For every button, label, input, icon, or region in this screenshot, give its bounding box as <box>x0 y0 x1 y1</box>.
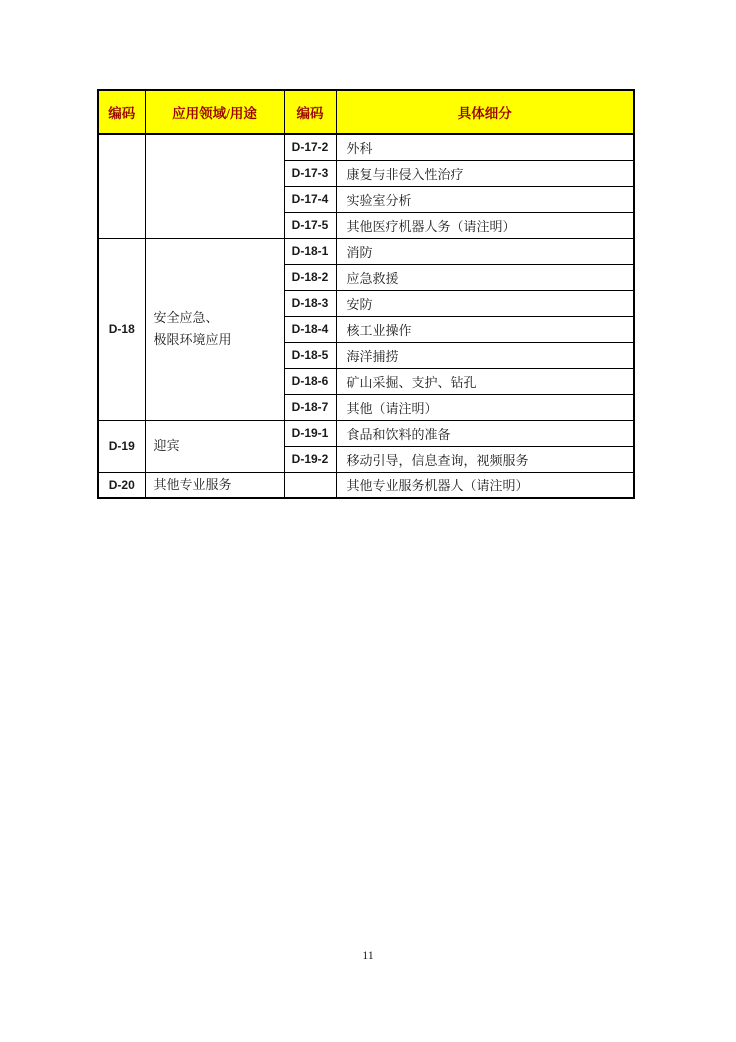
detail-cell: 海洋捕捞 <box>336 342 634 368</box>
header-code-2: 编码 <box>284 90 336 134</box>
detail-cell: 消防 <box>336 238 634 264</box>
page-number: 11 <box>0 948 736 963</box>
document-page: 编码 应用领域/用途 编码 具体细分 D-17-2外科D-17-3康复与非侵入性… <box>0 0 736 1042</box>
table-row: D-17-2外科 <box>98 134 634 160</box>
group-code-cell: D-18 <box>98 238 145 420</box>
sub-code-cell: D-18-6 <box>284 368 336 394</box>
header-code-1: 编码 <box>98 90 145 134</box>
detail-cell: 矿山采掘、支护、钻孔 <box>336 368 634 394</box>
detail-cell: 实验室分析 <box>336 186 634 212</box>
sub-code-cell: D-18-3 <box>284 290 336 316</box>
sub-code-cell: D-19-2 <box>284 446 336 472</box>
table-row: D-20其他专业服务其他专业服务机器人（请注明） <box>98 472 634 498</box>
detail-cell: 其他专业服务机器人（请注明） <box>336 472 634 498</box>
table-body: D-17-2外科D-17-3康复与非侵入性治疗D-17-4实验室分析D-17-5… <box>98 134 634 498</box>
group-label-cell: 其他专业服务 <box>145 472 284 498</box>
sub-code-cell: D-18-7 <box>284 394 336 420</box>
detail-cell: 康复与非侵入性治疗 <box>336 160 634 186</box>
sub-code-cell: D-17-3 <box>284 160 336 186</box>
detail-cell: 移动引导，信息查询，视频服务 <box>336 446 634 472</box>
sub-code-cell: D-17-2 <box>284 134 336 160</box>
table-row: D-18安全应急、极限环境应用D-18-1消防 <box>98 238 634 264</box>
sub-code-cell: D-18-1 <box>284 238 336 264</box>
table-row: D-19迎宾D-19-1食品和饮料的准备 <box>98 420 634 446</box>
detail-cell: 核工业操作 <box>336 316 634 342</box>
detail-cell: 其他（请注明） <box>336 394 634 420</box>
sub-code-cell: D-17-5 <box>284 212 336 238</box>
table-header-row: 编码 应用领域/用途 编码 具体细分 <box>98 90 634 134</box>
detail-cell: 应急救援 <box>336 264 634 290</box>
group-code-cell: D-19 <box>98 420 145 472</box>
detail-cell: 其他医疗机器人务（请注明） <box>336 212 634 238</box>
sub-code-cell: D-19-1 <box>284 420 336 446</box>
group-label-cell: 迎宾 <box>145 420 284 472</box>
group-code-cell <box>98 134 145 238</box>
sub-code-cell <box>284 472 336 498</box>
detail-cell: 食品和饮料的准备 <box>336 420 634 446</box>
group-code-cell: D-20 <box>98 472 145 498</box>
header-subdivision: 具体细分 <box>336 90 634 134</box>
group-label-cell: 安全应急、极限环境应用 <box>145 238 284 420</box>
classification-table: 编码 应用领域/用途 编码 具体细分 D-17-2外科D-17-3康复与非侵入性… <box>97 89 635 499</box>
sub-code-cell: D-18-5 <box>284 342 336 368</box>
sub-code-cell: D-18-2 <box>284 264 336 290</box>
sub-code-cell: D-18-4 <box>284 316 336 342</box>
sub-code-cell: D-17-4 <box>284 186 336 212</box>
table-header: 编码 应用领域/用途 编码 具体细分 <box>98 90 634 134</box>
detail-cell: 安防 <box>336 290 634 316</box>
header-application-area: 应用领域/用途 <box>145 90 284 134</box>
detail-cell: 外科 <box>336 134 634 160</box>
group-label-cell <box>145 134 284 238</box>
